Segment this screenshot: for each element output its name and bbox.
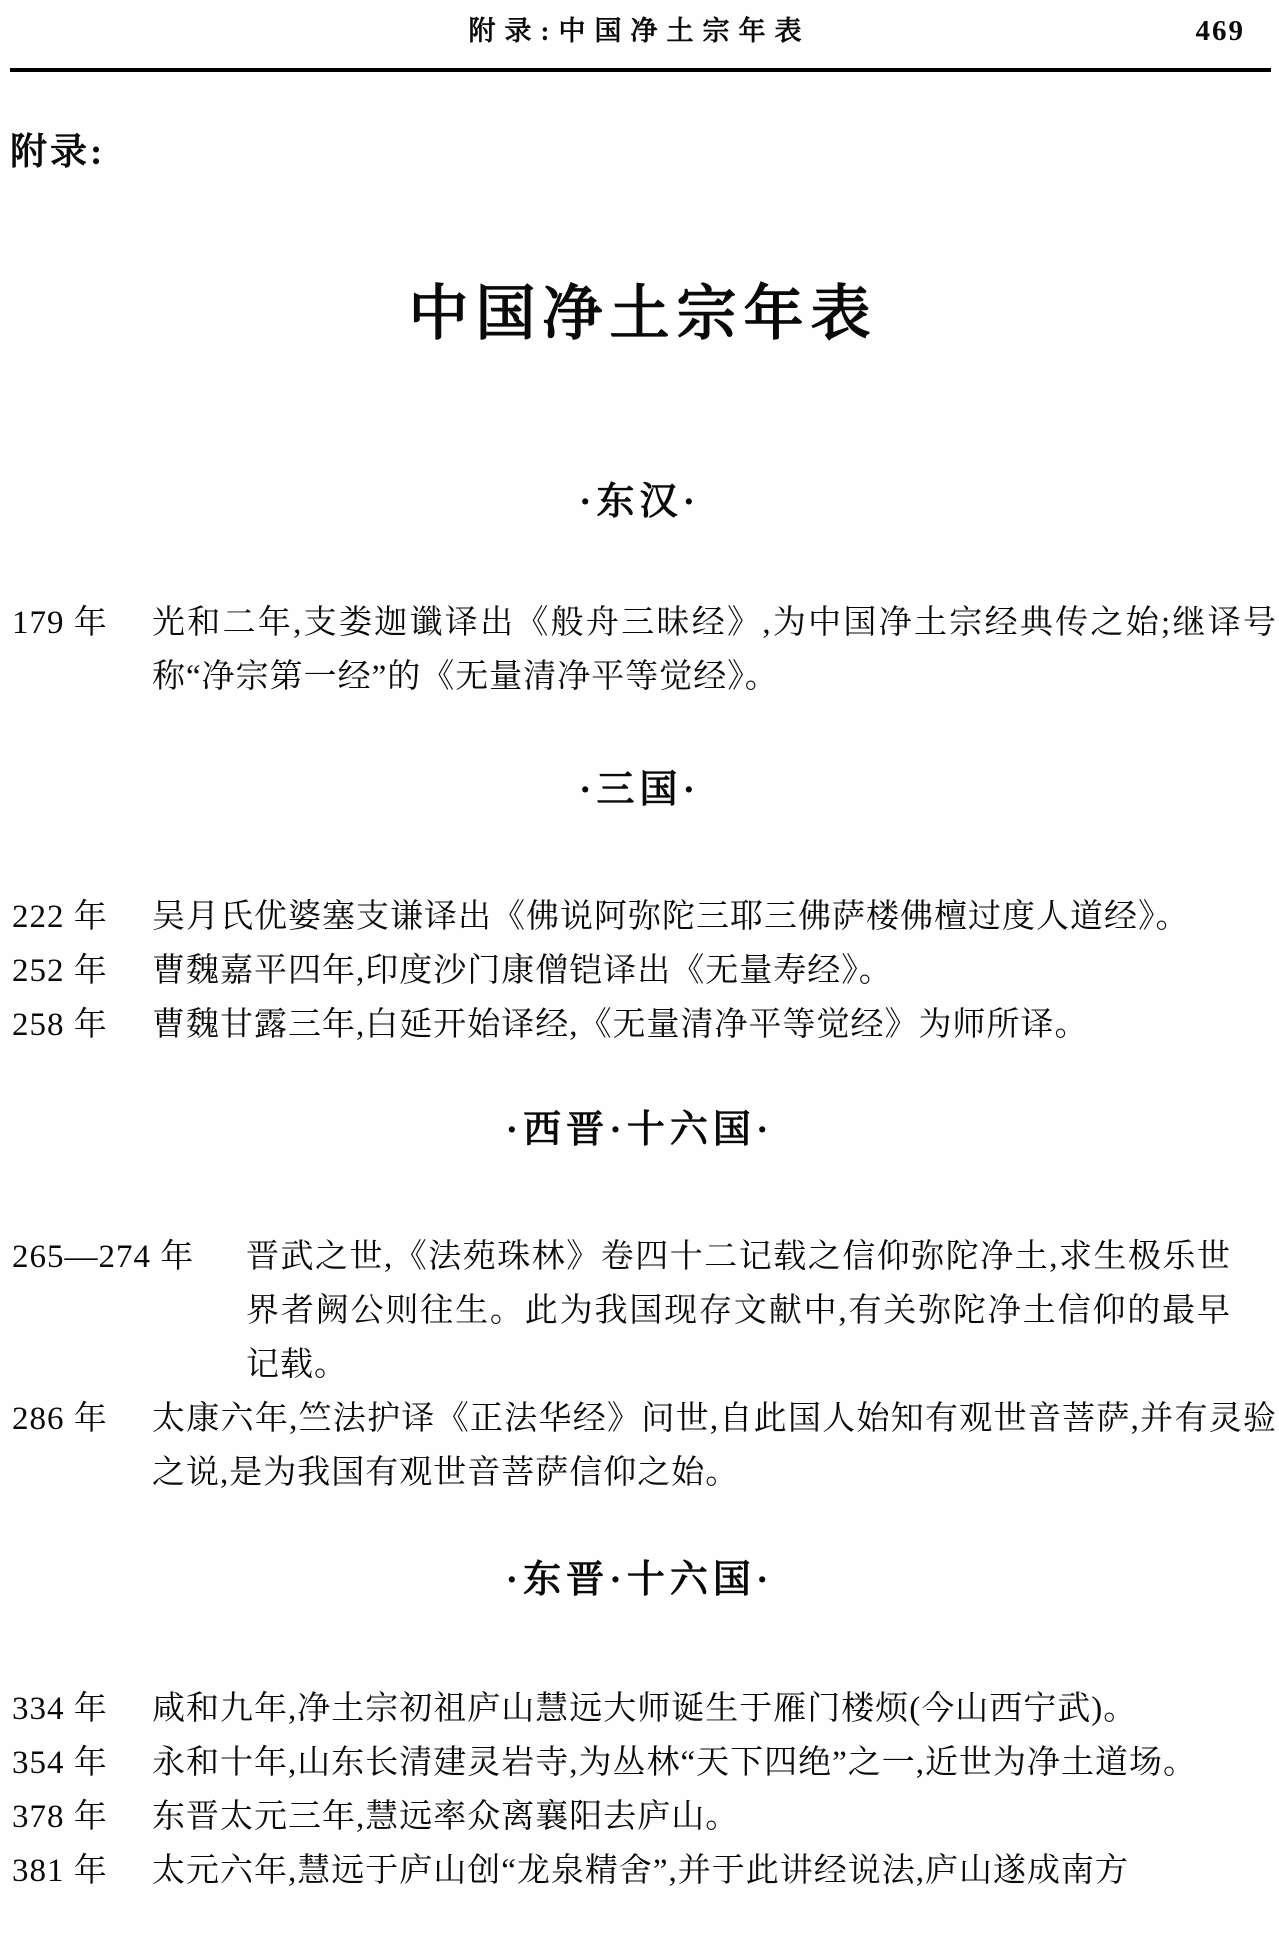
entry-354: 354 年 永和十年,山东长清建灵岩寺,为丛林“天下四绝”之一,近世为净土道场。 [0,1736,1279,1790]
entry-286: 286 年 太康六年,竺法护译《正法华经》问世,自此国人始知有观世音菩萨,并有灵… [0,1392,1279,1500]
entry-year: 381 年 [12,1844,152,1898]
entry-text: 晋武之世,《法苑珠林》卷四十二记载之信仰弥陀净土,求生极乐世界者阙公则往生。此为… [246,1230,1277,1392]
section-entries: 334 年 咸和九年,净土宗初祖庐山慧远大师诞生于雁门楼烦(今山西宁武)。 35… [0,1682,1279,1898]
entry-text: 曹魏甘露三年,白延开始译经,《无量清净平等觉经》为师所译。 [152,998,1277,1052]
entry-year: 265—274 年 [12,1230,246,1392]
entry-year: 258 年 [12,998,152,1052]
section-entries: 222 年 吴月氏优婆塞支谦译出《佛说阿弥陀三耶三佛萨楼佛檀过度人道经》。 25… [0,890,1279,1052]
entry-334: 334 年 咸和九年,净土宗初祖庐山慧远大师诞生于雁门楼烦(今山西宁武)。 [0,1682,1279,1736]
page-header: 附录:中国净土宗年表 469 [0,0,1279,48]
entry-year: 252 年 [12,944,152,998]
section-entries: 179 年 光和二年,支娄迦谶译出《般舟三昧经》,为中国净土宗经典传之始;继译号… [0,596,1279,704]
entry-252: 252 年 曹魏嘉平四年,印度沙门康僧铠译出《无量寿经》。 [0,944,1279,998]
entry-text: 光和二年,支娄迦谶译出《般舟三昧经》,为中国净土宗经典传之始;继译号称“净宗第一… [152,596,1277,704]
entry-text: 太康六年,竺法护译《正法华经》问世,自此国人始知有观世音菩萨,并有灵验之说,是为… [152,1392,1277,1500]
entry-text: 曹魏嘉平四年,印度沙门康僧铠译出《无量寿经》。 [152,944,1277,998]
entry-year: 179 年 [12,596,152,704]
page-title: 中国净土宗年表 [0,280,1279,348]
entry-text: 太元六年,慧远于庐山创“龙泉精舍”,并于此讲经说法,庐山遂成南方 [152,1844,1277,1898]
entry-378: 378 年 东晋太元三年,慧远率众离襄阳去庐山。 [0,1790,1279,1844]
section-eastern-han: ·东汉· 179 年 光和二年,支娄迦谶译出《般舟三昧经》,为中国净土宗经典传之… [0,478,1279,704]
entry-text: 咸和九年,净土宗初祖庐山慧远大师诞生于雁门楼烦(今山西宁武)。 [152,1682,1277,1736]
entry-year: 378 年 [12,1790,152,1844]
entry-year: 334 年 [12,1682,152,1736]
entry-381: 381 年 太元六年,慧远于庐山创“龙泉精舍”,并于此讲经说法,庐山遂成南方 [0,1844,1279,1898]
section-heading-eastern-han: ·东汉· [0,478,1279,526]
page-number: 469 [1196,14,1246,48]
book-page: 附录:中国净土宗年表 469 附录: 中国净土宗年表 ·东汉· 179 年 光和… [0,0,1279,1949]
section-eastern-jin: ·东晋·十六国· 334 年 咸和九年,净土宗初祖庐山慧远大师诞生于雁门楼烦(今… [0,1556,1279,1898]
entry-text: 东晋太元三年,慧远率众离襄阳去庐山。 [152,1790,1277,1844]
entry-year: 286 年 [12,1392,152,1500]
entry-text: 永和十年,山东长清建灵岩寺,为丛林“天下四绝”之一,近世为净土道场。 [152,1736,1277,1790]
entry-265-274: 265—274 年 晋武之世,《法苑珠林》卷四十二记载之信仰弥陀净土,求生极乐世… [0,1230,1279,1392]
section-heading-eastern-jin: ·东晋·十六国· [0,1556,1279,1604]
section-entries: 265—274 年 晋武之世,《法苑珠林》卷四十二记载之信仰弥陀净土,求生极乐世… [0,1230,1279,1500]
entry-258: 258 年 曹魏甘露三年,白延开始译经,《无量清净平等觉经》为师所译。 [0,998,1279,1052]
section-heading-western-jin: ·西晋·十六国· [0,1106,1279,1154]
entry-179: 179 年 光和二年,支娄迦谶译出《般舟三昧经》,为中国净土宗经典传之始;继译号… [0,596,1279,704]
running-title: 附录:中国净土宗年表 [469,16,811,46]
appendix-label: 附录: [10,130,1279,176]
header-divider [10,68,1271,72]
entry-222: 222 年 吴月氏优婆塞支谦译出《佛说阿弥陀三耶三佛萨楼佛檀过度人道经》。 [0,890,1279,944]
section-heading-three-kingdoms: ·三国· [0,766,1279,814]
entry-year: 222 年 [12,890,152,944]
entry-year: 354 年 [12,1736,152,1790]
section-three-kingdoms: ·三国· 222 年 吴月氏优婆塞支谦译出《佛说阿弥陀三耶三佛萨楼佛檀过度人道经… [0,766,1279,1052]
entry-text: 吴月氏优婆塞支谦译出《佛说阿弥陀三耶三佛萨楼佛檀过度人道经》。 [152,890,1277,944]
section-western-jin: ·西晋·十六国· 265—274 年 晋武之世,《法苑珠林》卷四十二记载之信仰弥… [0,1106,1279,1500]
